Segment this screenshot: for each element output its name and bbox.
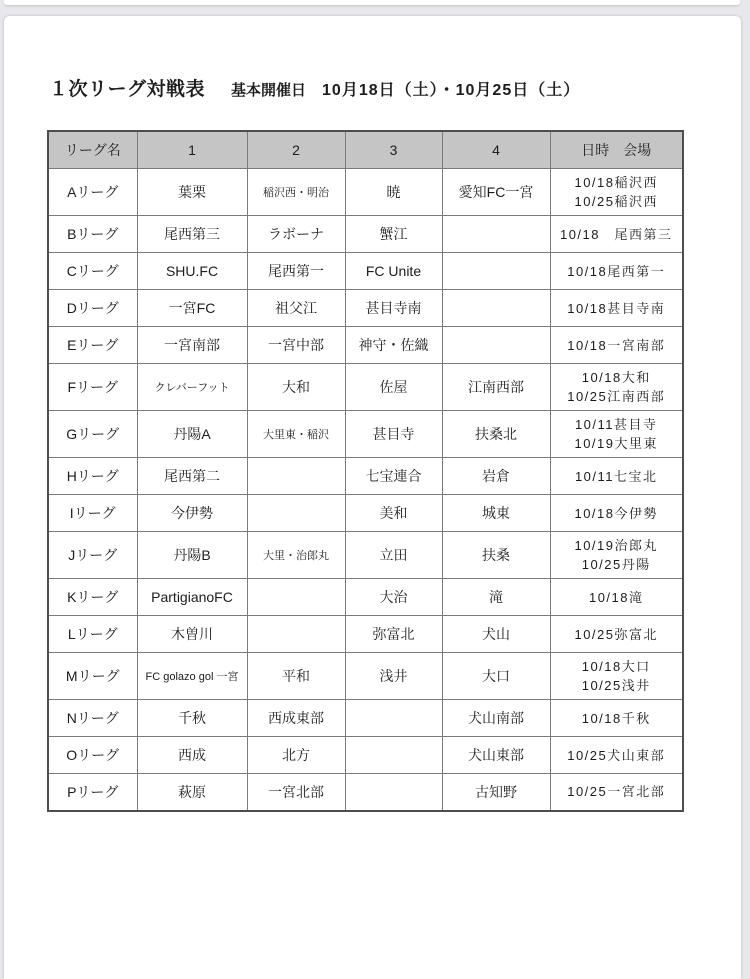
table-header: リーグ名1234日時 会場 [48, 131, 683, 169]
league-name-cell: Hリーグ [48, 458, 137, 495]
league-name-cell: Fリーグ [48, 364, 137, 411]
league-name-cell: Lリーグ [48, 616, 137, 653]
schedule-cell: 10/18今伊勢 [550, 495, 683, 532]
schedule-line: 10/18千秋 [553, 709, 681, 728]
base-date-label: 基本開催日 [231, 79, 306, 100]
schedule-cell: 10/18稲沢西10/25稲沢西 [550, 169, 683, 216]
schedule-cell: 10/19治郎丸10/25丹陽 [550, 532, 683, 579]
table-row: Iリーグ今伊勢美和城東10/18今伊勢 [48, 495, 683, 532]
team-cell-1: 尾西第三 [137, 216, 247, 253]
table-row: Oリーグ西成北方犬山東部10/25犬山東部 [48, 737, 683, 774]
schedule-cell: 10/25弥富北 [550, 616, 683, 653]
team-cell-2: 大和 [247, 364, 345, 411]
page-title-row: １次リーグ対戦表 基本開催日 10月18日（土）・10月25日（土） [49, 74, 580, 101]
team-cell-4 [442, 253, 550, 290]
team-cell-1: 西成 [137, 737, 247, 774]
schedule-cell: 10/18滝 [550, 579, 683, 616]
team-cell-3: 弥富北 [345, 616, 442, 653]
schedule-line: 10/18滝 [553, 588, 681, 607]
team-cell-2 [247, 495, 345, 532]
team-cell-4 [442, 327, 550, 364]
table-row: Gリーグ丹陽A大里東・稲沢甚目寺扶桑北10/11甚目寺10/19大里東 [48, 411, 683, 458]
team-cell-1: 丹陽B [137, 532, 247, 579]
table-row: Lリーグ木曽川弥富北犬山10/25弥富北 [48, 616, 683, 653]
team-cell-2: 北方 [247, 737, 345, 774]
table-body: Aリーグ葉栗稲沢西・明治暁愛知FC一宮10/18稲沢西10/25稲沢西Bリーグ尾… [48, 169, 683, 811]
league-name-cell: Bリーグ [48, 216, 137, 253]
team-cell-1: 葉栗 [137, 169, 247, 216]
team-cell-1: 千秋 [137, 700, 247, 737]
team-cell-4: 岩倉 [442, 458, 550, 495]
league-name-cell: Cリーグ [48, 253, 137, 290]
team-cell-2: 祖父江 [247, 290, 345, 327]
schedule-cell: 10/18甚目寺南 [550, 290, 683, 327]
schedule-line: 10/18甚目寺南 [553, 299, 681, 318]
schedule-cell: 10/25一宮北部 [550, 774, 683, 811]
column-header-5: 日時 会場 [550, 131, 683, 169]
table-row: Fリーグクレバーフット大和佐屋江南西部10/18大和10/25江南西部 [48, 364, 683, 411]
team-cell-1: 今伊勢 [137, 495, 247, 532]
team-cell-2: 一宮北部 [247, 774, 345, 811]
team-cell-1: 丹陽A [137, 411, 247, 458]
league-name-cell: Gリーグ [48, 411, 137, 458]
team-cell-1: SHU.FC [137, 253, 247, 290]
schedule-cell: 10/18大口10/25浅井 [550, 653, 683, 700]
team-cell-1: FC golazo gol 一宮 [137, 653, 247, 700]
table-row: Pリーグ萩原一宮北部古知野10/25一宮北部 [48, 774, 683, 811]
table-row: KリーグPartigianoFC大治滝10/18滝 [48, 579, 683, 616]
league-name-cell: Nリーグ [48, 700, 137, 737]
team-cell-2: 稲沢西・明治 [247, 169, 345, 216]
team-cell-2: 西成東部 [247, 700, 345, 737]
schedule-line: 10/25一宮北部 [553, 782, 681, 801]
schedule-line: 10/18稲沢西 [553, 173, 681, 192]
table-row: Nリーグ千秋西成東部犬山南部10/18千秋 [48, 700, 683, 737]
previous-page-edge [4, 0, 740, 6]
team-cell-4: 愛知FC一宮 [442, 169, 550, 216]
schedule-line: 10/11七宝北 [553, 467, 681, 486]
team-cell-3 [345, 774, 442, 811]
team-cell-2: 大里・治郎丸 [247, 532, 345, 579]
team-cell-3: 神守・佐織 [345, 327, 442, 364]
schedule-line: 10/25稲沢西 [553, 192, 681, 211]
league-name-cell: Eリーグ [48, 327, 137, 364]
team-cell-4: 扶桑北 [442, 411, 550, 458]
table-row: Aリーグ葉栗稲沢西・明治暁愛知FC一宮10/18稲沢西10/25稲沢西 [48, 169, 683, 216]
table-row: Dリーグ一宮FC祖父江甚目寺南10/18甚目寺南 [48, 290, 683, 327]
team-cell-4: 犬山東部 [442, 737, 550, 774]
schedule-line: 10/18 尾西第三 [553, 225, 681, 244]
team-cell-4 [442, 216, 550, 253]
league-name-cell: Aリーグ [48, 169, 137, 216]
schedule-line: 10/18大和 [553, 368, 681, 387]
team-cell-1: 一宮FC [137, 290, 247, 327]
team-cell-2: 一宮中部 [247, 327, 345, 364]
team-cell-4: 犬山 [442, 616, 550, 653]
column-header-4: 4 [442, 131, 550, 169]
team-cell-2: 平和 [247, 653, 345, 700]
table-row: MリーグFC golazo gol 一宮平和浅井大口10/18大口10/25浅井 [48, 653, 683, 700]
schedule-cell: 10/18大和10/25江南西部 [550, 364, 683, 411]
team-cell-3: 甚目寺南 [345, 290, 442, 327]
team-cell-4: 城東 [442, 495, 550, 532]
league-name-cell: Oリーグ [48, 737, 137, 774]
schedule-cell: 10/11七宝北 [550, 458, 683, 495]
team-cell-2 [247, 616, 345, 653]
schedule-cell: 10/18一宮南部 [550, 327, 683, 364]
league-name-cell: Iリーグ [48, 495, 137, 532]
team-cell-4 [442, 290, 550, 327]
table-row: Jリーグ丹陽B大里・治郎丸立田扶桑10/19治郎丸10/25丹陽 [48, 532, 683, 579]
team-cell-1: 萩原 [137, 774, 247, 811]
schedule-line: 10/18一宮南部 [553, 336, 681, 355]
schedule-line: 10/25浅井 [553, 676, 681, 695]
team-cell-3: 佐屋 [345, 364, 442, 411]
league-name-cell: Kリーグ [48, 579, 137, 616]
schedule-line: 10/19大里東 [553, 434, 681, 453]
team-cell-1: 尾西第二 [137, 458, 247, 495]
team-cell-3: 蟹江 [345, 216, 442, 253]
column-header-1: 1 [137, 131, 247, 169]
page-title: １次リーグ対戦表 [49, 74, 205, 101]
team-cell-4: 江南西部 [442, 364, 550, 411]
team-cell-2: ラボーナ [247, 216, 345, 253]
table-row: CリーグSHU.FC尾西第一FC Unite10/18尾西第一 [48, 253, 683, 290]
base-date-values: 10月18日（土）・10月25日（土） [322, 77, 580, 100]
team-cell-3: 大治 [345, 579, 442, 616]
team-cell-2 [247, 579, 345, 616]
team-cell-3: 甚目寺 [345, 411, 442, 458]
team-cell-3: 立田 [345, 532, 442, 579]
league-name-cell: Dリーグ [48, 290, 137, 327]
schedule-line: 10/18今伊勢 [553, 504, 681, 523]
schedule-line: 10/18尾西第一 [553, 262, 681, 281]
league-name-cell: Jリーグ [48, 532, 137, 579]
table-row: Hリーグ尾西第二七宝連合岩倉10/11七宝北 [48, 458, 683, 495]
column-header-3: 3 [345, 131, 442, 169]
table-row: Bリーグ尾西第三ラボーナ蟹江10/18 尾西第三 [48, 216, 683, 253]
team-cell-1: クレバーフット [137, 364, 247, 411]
team-cell-3: 浅井 [345, 653, 442, 700]
schedule-cell: 10/11甚目寺10/19大里東 [550, 411, 683, 458]
schedule-line: 10/25犬山東部 [553, 746, 681, 765]
team-cell-1: 一宮南部 [137, 327, 247, 364]
schedule-cell: 10/18千秋 [550, 700, 683, 737]
table-header-row: リーグ名1234日時 会場 [48, 131, 683, 169]
column-header-0: リーグ名 [48, 131, 137, 169]
team-cell-2: 大里東・稲沢 [247, 411, 345, 458]
schedule-line: 10/18大口 [553, 657, 681, 676]
team-cell-4: 古知野 [442, 774, 550, 811]
schedule-line: 10/25弥富北 [553, 625, 681, 644]
column-header-2: 2 [247, 131, 345, 169]
league-name-cell: Mリーグ [48, 653, 137, 700]
team-cell-3 [345, 737, 442, 774]
team-cell-4: 滝 [442, 579, 550, 616]
schedule-cell: 10/18尾西第一 [550, 253, 683, 290]
schedule-line: 10/19治郎丸 [553, 536, 681, 555]
team-cell-3: FC Unite [345, 253, 442, 290]
team-cell-1: PartigianoFC [137, 579, 247, 616]
document-page: １次リーグ対戦表 基本開催日 10月18日（土）・10月25日（土） リーグ名1… [4, 16, 741, 979]
team-cell-2 [247, 458, 345, 495]
document-viewport: １次リーグ対戦表 基本開催日 10月18日（土）・10月25日（土） リーグ名1… [0, 0, 750, 979]
team-cell-3 [345, 700, 442, 737]
schedule-line: 10/25丹陽 [553, 555, 681, 574]
schedule-cell: 10/25犬山東部 [550, 737, 683, 774]
team-cell-4: 犬山南部 [442, 700, 550, 737]
team-cell-3: 暁 [345, 169, 442, 216]
team-cell-2: 尾西第一 [247, 253, 345, 290]
league-name-cell: Pリーグ [48, 774, 137, 811]
team-cell-1: 木曽川 [137, 616, 247, 653]
team-cell-3: 七宝連合 [345, 458, 442, 495]
schedule-line: 10/25江南西部 [553, 387, 681, 406]
team-cell-4: 大口 [442, 653, 550, 700]
team-cell-4: 扶桑 [442, 532, 550, 579]
league-match-table: リーグ名1234日時 会場 Aリーグ葉栗稲沢西・明治暁愛知FC一宮10/18稲沢… [47, 130, 684, 812]
team-cell-3: 美和 [345, 495, 442, 532]
schedule-line: 10/11甚目寺 [553, 415, 681, 434]
schedule-cell: 10/18 尾西第三 [550, 216, 683, 253]
table-row: Eリーグ一宮南部一宮中部神守・佐織10/18一宮南部 [48, 327, 683, 364]
